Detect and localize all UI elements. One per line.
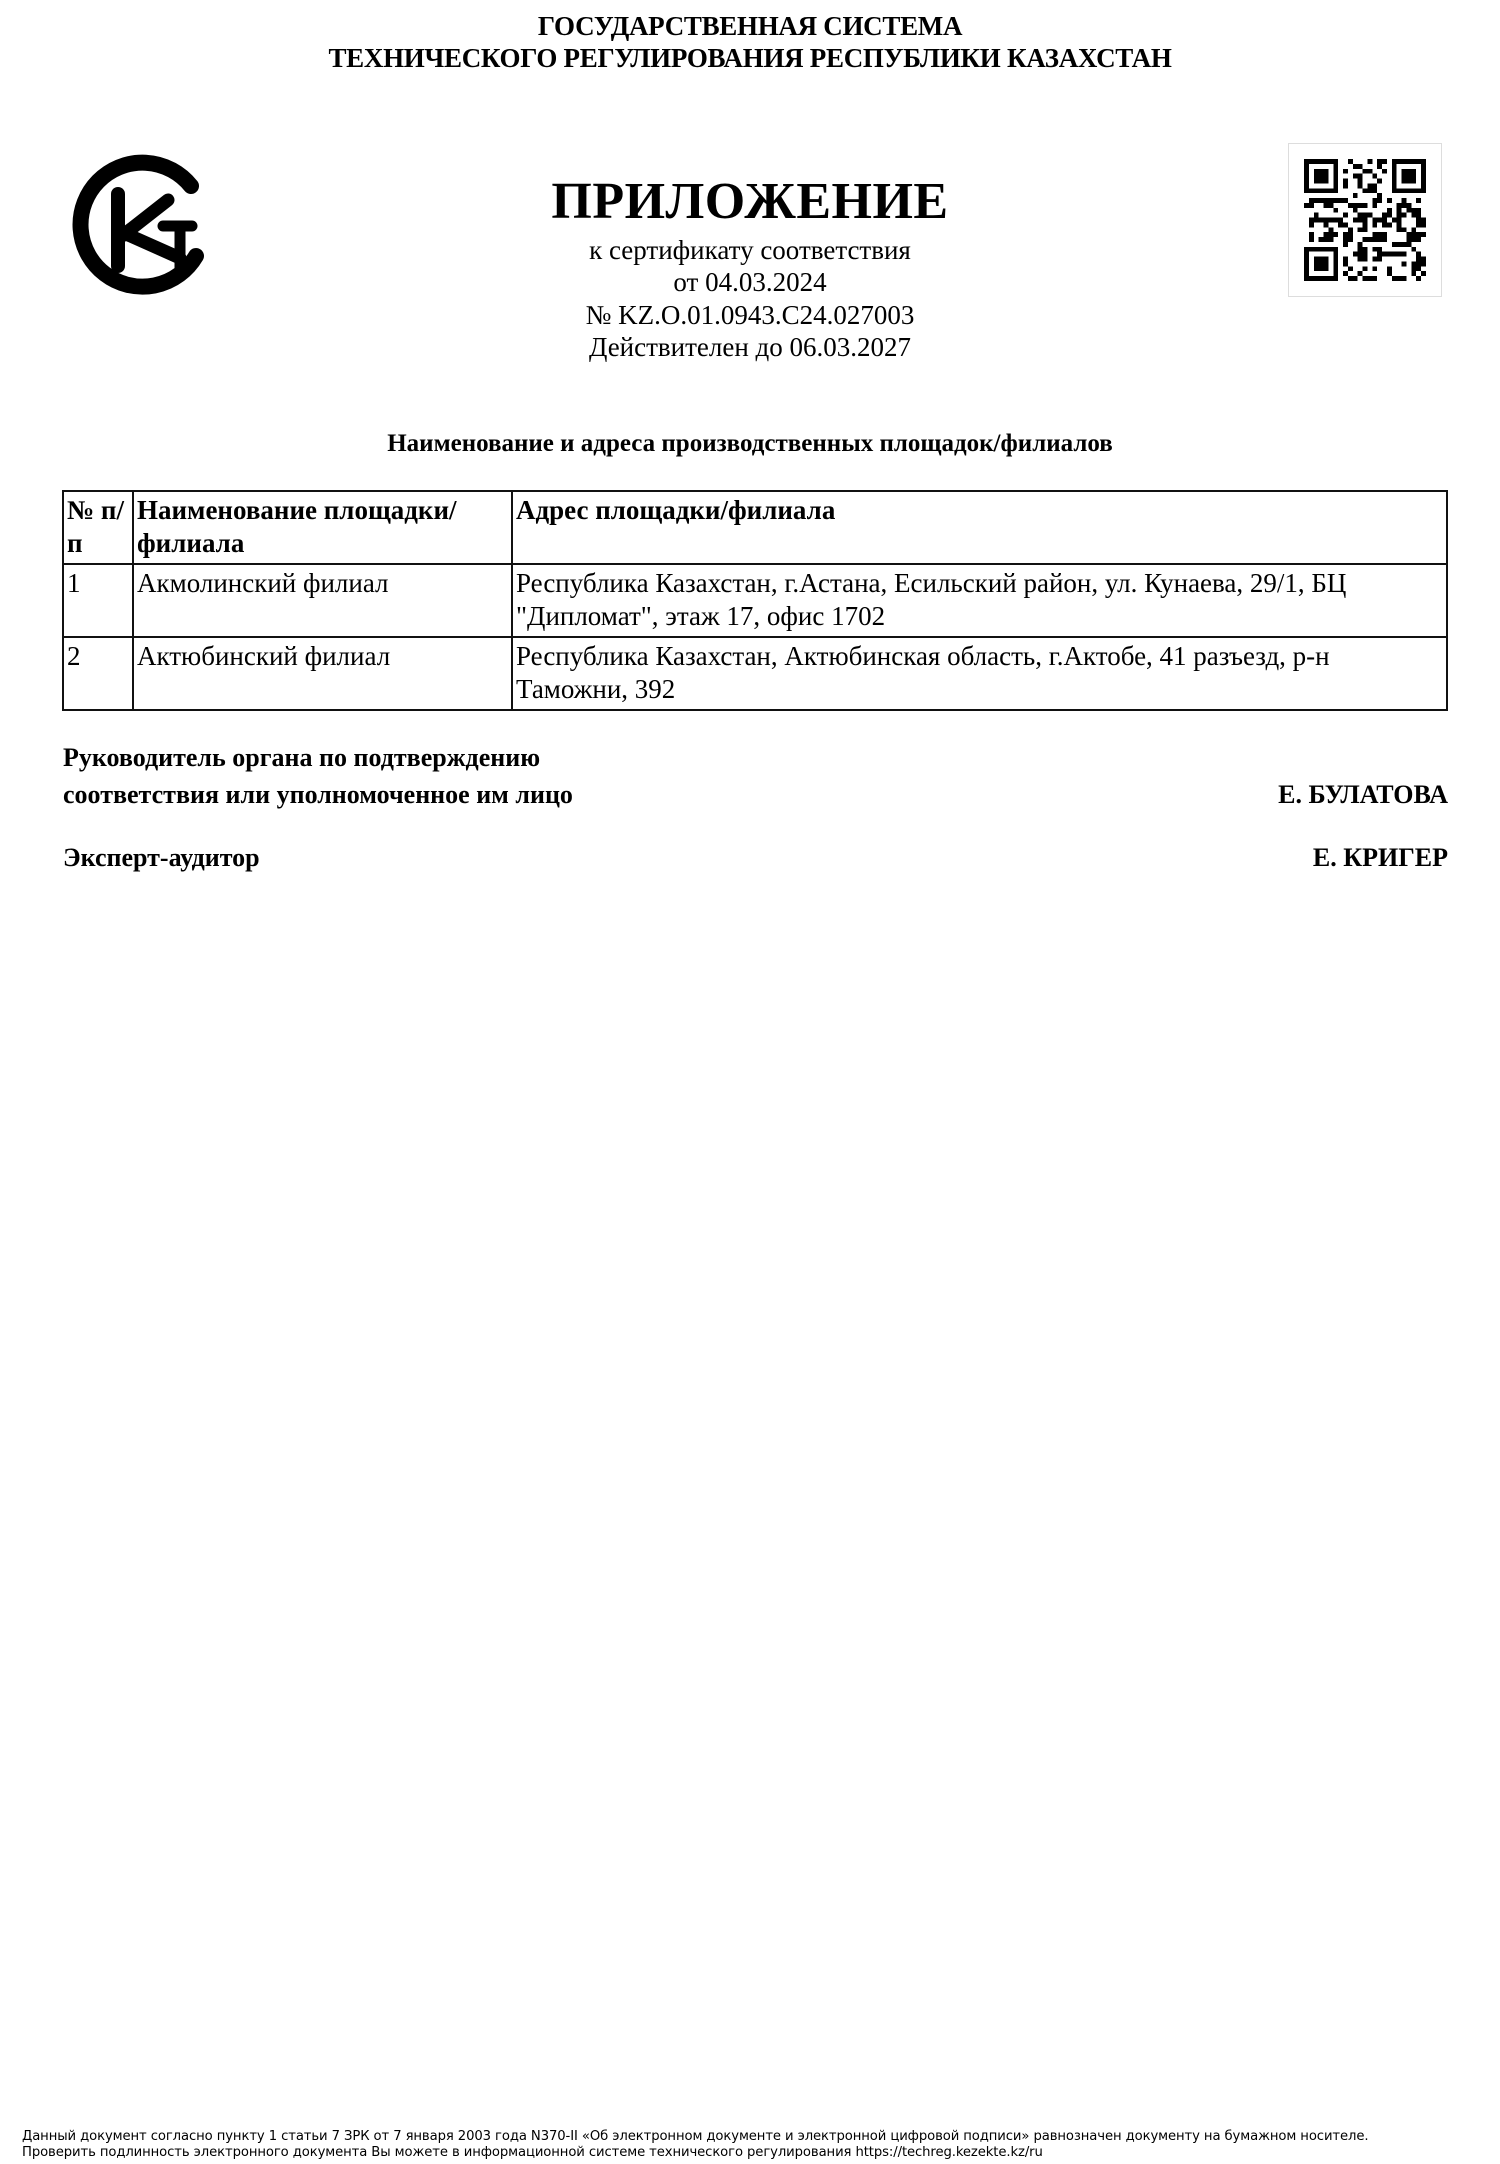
head-signatory-label-line2: соответствия или уполномоченное им лицо <box>63 777 573 813</box>
footer-legal-note: Данный документ согласно пункту 1 статьи… <box>22 2129 1368 2145</box>
row-number: 2 <box>63 637 133 710</box>
certificate-date: от 04.03.2024 <box>0 266 1500 298</box>
footer-verification-note: Проверить подлинность электронного докум… <box>22 2145 1043 2161</box>
header-site-name: Наименование площадки/ филиала <box>133 491 512 564</box>
row-number: 1 <box>63 564 133 637</box>
head-signatory-label: Руководитель органа по подтверждению <box>63 740 540 776</box>
table-row: 2 Актюбинский филиал Республика Казахста… <box>63 637 1447 710</box>
header-number: № п/ п <box>63 491 133 564</box>
certificate-number: № KZ.O.01.0943.C24.027003 <box>0 299 1500 331</box>
row-site-name: Актюбинский филиал <box>133 637 512 710</box>
certificate-valid-until: Действителен до 06.03.2027 <box>0 331 1500 363</box>
section-title: Наименование и адреса производственных п… <box>0 428 1500 460</box>
row-address: Республика Казахстан, Актюбинская област… <box>512 637 1447 710</box>
auditor-label: Эксперт-аудитор <box>63 840 260 876</box>
header-address: Адрес площадки/филиала <box>512 491 1447 564</box>
document-title: ПРИЛОЖЕНИЕ <box>0 172 1500 232</box>
certificate-subtitle: к сертификату соответствия <box>0 234 1500 266</box>
row-site-name: Акмолинский филиал <box>133 564 512 637</box>
table-header-row: № п/ п Наименование площадки/ филиала Ад… <box>63 491 1447 564</box>
header-line-2: ТЕХНИЧЕСКОГО РЕГУЛИРОВАНИЯ РЕСПУБЛИКИ КА… <box>0 42 1500 74</box>
table-row: 1 Акмолинский филиал Республика Казахста… <box>63 564 1447 637</box>
sites-table: № п/ п Наименование площадки/ филиала Ад… <box>62 490 1448 711</box>
row-address: Республика Казахстан, г.Астана, Есильски… <box>512 564 1447 637</box>
auditor-name: Е. КРИГЕР <box>1313 840 1448 876</box>
head-signatory-name: Е. БУЛАТОВА <box>1278 777 1448 813</box>
header-line-1: ГОСУДАРСТВЕННАЯ СИСТЕМА <box>0 10 1500 42</box>
